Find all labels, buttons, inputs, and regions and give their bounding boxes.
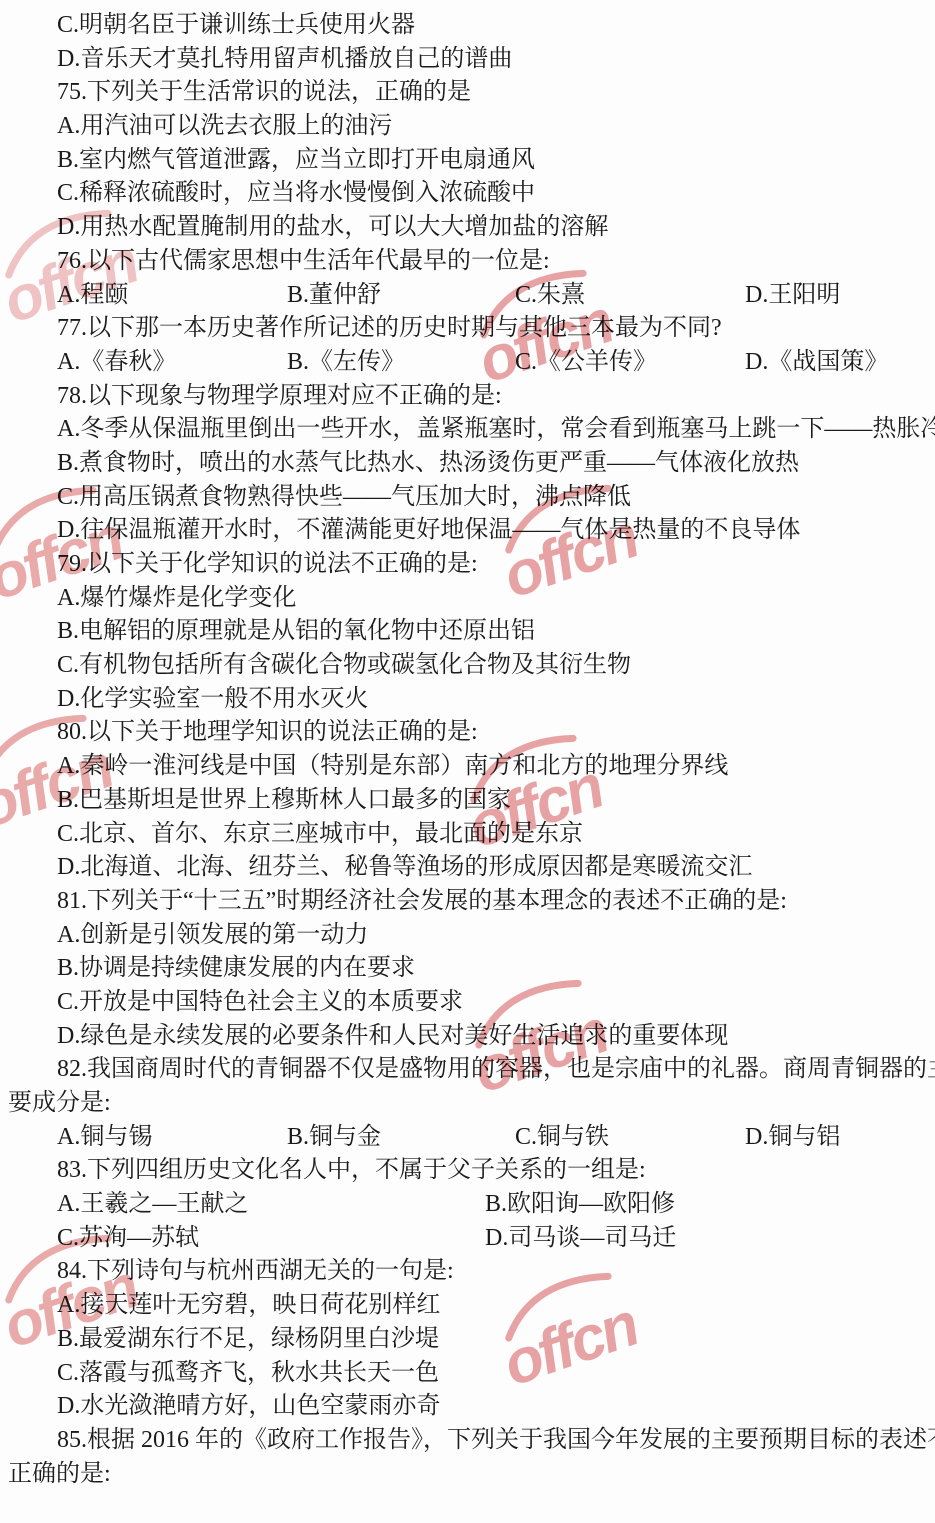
text-line: D.音乐天才莫扎特用留声机播放自己的谱曲 (0, 43, 935, 77)
text-line: 79.以下关于化学知识的说法不正确的是: (0, 548, 935, 582)
text-line: C.有机物包括所有含碳化合物或碳氢化合物及其衍生物 (0, 649, 935, 683)
option-cell: B.《左传》 (287, 346, 405, 380)
text-line: C.北京、首尔、东京三座城市中，最北面的是东京 (0, 818, 935, 852)
option-cell: A.铜与锡 (57, 1121, 152, 1155)
option-cell: B.铜与金 (287, 1121, 381, 1155)
option-cell: A.程颐 (57, 279, 128, 313)
text-line: D.水光潋滟晴方好，山色空蒙雨亦奇 (0, 1390, 935, 1424)
text-line: 77.以下那一本历史著作所记述的历史时期与其他三本最为不同? (0, 312, 935, 346)
text-line: B.电解铝的原理就是从铝的氧化物中还原出铝 (0, 615, 935, 649)
text-line: 正确的是: (0, 1458, 935, 1492)
option-cell: B.董仲舒 (287, 279, 381, 313)
text-line: 75.下列关于生活常识的说法，正确的是 (0, 76, 935, 110)
text-line: B.最爱湖东行不足，绿杨阴里白沙堤 (0, 1323, 935, 1357)
text-line: B.巴基斯坦是世界上穆斯林人口最多的国家 (0, 784, 935, 818)
option-cell: C.朱熹 (515, 279, 585, 313)
text-line: C.明朝名臣于谦训练士兵使用火器 (0, 9, 935, 43)
option-cell: A.王羲之—王献之 (57, 1188, 248, 1222)
text-line: A.用汽油可以洗去衣服上的油污 (0, 110, 935, 144)
text-line: D.北海道、北海、纽芬兰、秘鲁等渔场的形成原因都是寒暖流交汇 (0, 851, 935, 885)
text-line: D.往保温瓶灌开水时，不灌满能更好地保温——气体是热量的不良导体 (0, 514, 935, 548)
text-line: D.用热水配置腌制用的盐水，可以大大增加盐的溶解 (0, 211, 935, 245)
text-line: 84.下列诗句与杭州西湖无关的一句是: (0, 1255, 935, 1289)
option-cell: D.王阳明 (745, 279, 840, 313)
document-page: C.明朝名臣于谦训练士兵使用火器D.音乐天才莫扎特用留声机播放自己的谱曲75.下… (0, 0, 935, 1523)
text-line: B.煮食物时，喷出的水蒸气比热水、热汤烫伤更严重——气体液化放热 (0, 447, 935, 481)
option-row: C.苏洵—苏轼D.司马谈—司马迁 (0, 1222, 935, 1256)
text-line: B.协调是持续健康发展的内在要求 (0, 952, 935, 986)
option-cell: C.苏洵—苏轼 (57, 1222, 199, 1256)
option-row: A.王羲之—王献之B.欧阳询—欧阳修 (0, 1188, 935, 1222)
text-line: 要成分是: (0, 1087, 935, 1121)
document-text: C.明朝名臣于谦训练士兵使用火器D.音乐天才莫扎特用留声机播放自己的谱曲75.下… (0, 0, 935, 1491)
text-line: C.用高压锅煮食物熟得快些——气压加大时，沸点降低 (0, 481, 935, 515)
text-line: 80.以下关于地理学知识的说法正确的是: (0, 716, 935, 750)
text-line: A.爆竹爆炸是化学变化 (0, 582, 935, 616)
text-line: 76.以下古代儒家思想中生活年代最早的一位是: (0, 245, 935, 279)
text-line: A.接天莲叶无穷碧，映日荷花别样红 (0, 1289, 935, 1323)
text-line: D.化学实验室一般不用水灭火 (0, 683, 935, 717)
option-cell: B.欧阳询—欧阳修 (485, 1188, 675, 1222)
text-line: A.冬季从保温瓶里倒出一些开水，盖紧瓶塞时，常会看到瓶塞马上跳一下——热胀冷缩 (0, 413, 935, 447)
text-line: D.绿色是永续发展的必要条件和人民对美好生活追求的重要体现 (0, 1020, 935, 1054)
text-line: 81.下列关于“十三五”时期经济社会发展的基本理念的表述不正确的是: (0, 885, 935, 919)
text-line: 78.以下现象与物理学原理对应不正确的是: (0, 380, 935, 414)
option-cell: D.《战国策》 (745, 346, 888, 380)
text-line: 85.根据 2016 年的《政府工作报告》，下列关于我国今年发展的主要预期目标的… (0, 1424, 935, 1458)
option-row: A.铜与锡B.铜与金C.铜与铁D.铜与铝 (0, 1121, 935, 1155)
text-line: C.落霞与孤鹜齐飞，秋水共长天一色 (0, 1357, 935, 1391)
option-row: A.《春秋》B.《左传》C.《公羊传》D.《战国策》 (0, 346, 935, 380)
option-cell: D.司马谈—司马迁 (485, 1222, 676, 1256)
text-line: A.创新是引领发展的第一动力 (0, 919, 935, 953)
text-line: 83.下列四组历史文化名人中，不属于父子关系的一组是: (0, 1154, 935, 1188)
option-cell: C.铜与铁 (515, 1121, 609, 1155)
option-cell: D.铜与铝 (745, 1121, 840, 1155)
option-row: A.程颐B.董仲舒C.朱熹D.王阳明 (0, 279, 935, 313)
text-line: 82.我国商周时代的青铜器不仅是盛物用的容器，也是宗庙中的礼器。商周青铜器的主 (0, 1053, 935, 1087)
text-line: C.开放是中国特色社会主义的本质要求 (0, 986, 935, 1020)
text-line: C.稀释浓硫酸时，应当将水慢慢倒入浓硫酸中 (0, 177, 935, 211)
option-cell: A.《春秋》 (57, 346, 176, 380)
option-cell: C.《公羊传》 (515, 346, 657, 380)
text-line: B.室内燃气管道泄露，应当立即打开电扇通风 (0, 144, 935, 178)
text-line: A.秦岭一淮河线是中国（特别是东部）南方和北方的地理分界线 (0, 750, 935, 784)
